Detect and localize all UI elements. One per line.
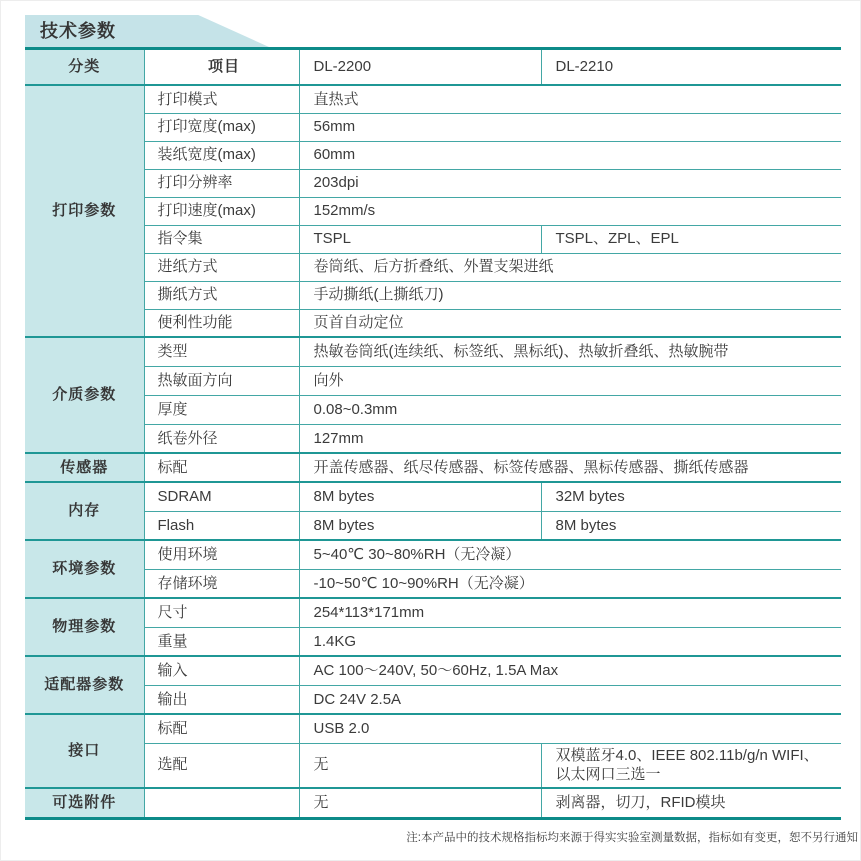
value-cell: 5~40℃ 30~80%RH（无冷凝） [299,540,841,569]
value-cell: 页首自动定位 [299,309,841,337]
value-cell: 开盖传感器、纸尽传感器、标签传感器、黑标传感器、撕纸传感器 [299,453,841,482]
value-cell: USB 2.0 [299,714,841,743]
value-cell: 0.08~0.3mm [299,395,841,424]
category-interface: 接口 [25,714,144,788]
header-item: 项目 [144,50,299,85]
spec-row: 撕纸方式 手动撕纸(上撕纸刀) [25,281,841,309]
value-cell-dl2200: 8M bytes [299,482,541,511]
item-cell: Flash [144,511,299,540]
spec-row: 存储环境 -10~50℃ 10~90%RH（无冷凝） [25,569,841,598]
header-model-dl2200: DL-2200 [299,50,541,85]
value-cell-dl2210: TSPL、ZPL、EPL [541,225,841,253]
spec-row: 输出 DC 24V 2.5A [25,685,841,714]
category-accessories: 可选附件 [25,788,144,817]
spec-row: 装纸宽度(max) 60mm [25,141,841,169]
spec-row: 进纸方式 卷筒纸、后方折叠纸、外置支架进纸 [25,253,841,281]
item-cell: 装纸宽度(max) [144,141,299,169]
spec-row: Flash 8M bytes 8M bytes [25,511,841,540]
spec-row: 打印分辨率 203dpi [25,169,841,197]
value-cell: 卷筒纸、后方折叠纸、外置支架进纸 [299,253,841,281]
item-cell: 打印模式 [144,85,299,113]
item-cell: 类型 [144,337,299,366]
spec-table-wrap: 分类 项目 DL-2200 DL-2210 打印参数 打印模式 直热式 打印宽度… [25,47,841,820]
item-cell: 使用环境 [144,540,299,569]
item-cell: 进纸方式 [144,253,299,281]
spec-row: 纸卷外径 127mm [25,424,841,453]
value-cell: 1.4KG [299,627,841,656]
value-cell-dl2210: 8M bytes [541,511,841,540]
value-cell-dl2200: TSPL [299,225,541,253]
value-cell-dl2210: 32M bytes [541,482,841,511]
value-cell: AC 100～240V, 50～60Hz, 1.5A Max [299,656,841,685]
category-print: 打印参数 [25,85,144,337]
category-adapter: 适配器参数 [25,656,144,714]
spec-row: 便利性功能 页首自动定位 [25,309,841,337]
item-cell: 选配 [144,743,299,788]
spec-row: 适配器参数 输入 AC 100～240V, 50～60Hz, 1.5A Max [25,656,841,685]
header-model-dl2210: DL-2210 [541,50,841,85]
item-cell: 热敏面方向 [144,366,299,395]
item-cell: 存储环境 [144,569,299,598]
spec-row: 传感器 标配 开盖传感器、纸尽传感器、标签传感器、黑标传感器、撕纸传感器 [25,453,841,482]
page-title: 技术参数 [25,15,269,47]
value-cell-dl2210: 剥离器，切刀，RFID模块 [541,788,841,817]
spec-row: 接口 标配 USB 2.0 [25,714,841,743]
item-cell: 打印分辨率 [144,169,299,197]
value-cell: 254*113*171mm [299,598,841,627]
item-cell: 厚度 [144,395,299,424]
item-cell: SDRAM [144,482,299,511]
footnote: 注:本产品中的技术规格指标均来源于得实实验室测量数据，指标如有变更，恕不另行通知 [25,829,858,845]
spec-row: 环境参数 使用环境 5~40℃ 30~80%RH（无冷凝） [25,540,841,569]
table-header-row: 分类 项目 DL-2200 DL-2210 [25,50,841,85]
spec-row: 重量 1.4KG [25,627,841,656]
value-cell: 152mm/s [299,197,841,225]
header-category: 分类 [25,50,144,85]
item-cell: 输入 [144,656,299,685]
spec-row: 打印宽度(max) 56mm [25,113,841,141]
value-cell: 热敏卷筒纸(连续纸、标签纸、黑标纸)、热敏折叠纸、热敏腕带 [299,337,841,366]
value-cell-dl2210: 双模蓝牙4.0、IEEE 802.11b/g/n WIFI、以太网口三选一 [541,743,841,788]
value-cell-dl2200: 无 [299,743,541,788]
item-cell: 打印速度(max) [144,197,299,225]
item-cell: 标配 [144,453,299,482]
item-cell: 输出 [144,685,299,714]
spec-row: 热敏面方向 向外 [25,366,841,395]
item-cell: 尺寸 [144,598,299,627]
item-cell: 重量 [144,627,299,656]
spec-row: 打印速度(max) 152mm/s [25,197,841,225]
value-cell: 127mm [299,424,841,453]
value-cell: DC 24V 2.5A [299,685,841,714]
item-cell: 指令集 [144,225,299,253]
category-sensor: 传感器 [25,453,144,482]
value-cell: 向外 [299,366,841,395]
value-cell: 直热式 [299,85,841,113]
value-cell: 手动撕纸(上撕纸刀) [299,281,841,309]
item-cell [144,788,299,817]
spec-row: 介质参数 类型 热敏卷筒纸(连续纸、标签纸、黑标纸)、热敏折叠纸、热敏腕带 [25,337,841,366]
value-cell-dl2200: 无 [299,788,541,817]
category-media: 介质参数 [25,337,144,453]
item-cell: 标配 [144,714,299,743]
category-memory: 内存 [25,482,144,540]
value-cell: 60mm [299,141,841,169]
spec-row: 选配 无 双模蓝牙4.0、IEEE 802.11b/g/n WIFI、以太网口三… [25,743,841,788]
spec-table: 分类 项目 DL-2200 DL-2210 打印参数 打印模式 直热式 打印宽度… [25,50,841,817]
category-physical: 物理参数 [25,598,144,656]
value-cell: 203dpi [299,169,841,197]
item-cell: 打印宽度(max) [144,113,299,141]
item-cell: 便利性功能 [144,309,299,337]
category-environment: 环境参数 [25,540,144,598]
spec-row: 内存 SDRAM 8M bytes 32M bytes [25,482,841,511]
spec-row: 物理参数 尺寸 254*113*171mm [25,598,841,627]
spec-row: 打印参数 打印模式 直热式 [25,85,841,113]
spec-sheet-page: 技术参数 分类 项目 DL-2200 DL-2210 打印参数 打印模式 直热式… [0,0,861,861]
value-cell: -10~50℃ 10~90%RH（无冷凝） [299,569,841,598]
value-cell-dl2200: 8M bytes [299,511,541,540]
item-cell: 撕纸方式 [144,281,299,309]
value-cell: 56mm [299,113,841,141]
spec-row: 指令集 TSPL TSPL、ZPL、EPL [25,225,841,253]
spec-row: 厚度 0.08~0.3mm [25,395,841,424]
spec-row: 可选附件 无 剥离器，切刀，RFID模块 [25,788,841,817]
item-cell: 纸卷外径 [144,424,299,453]
